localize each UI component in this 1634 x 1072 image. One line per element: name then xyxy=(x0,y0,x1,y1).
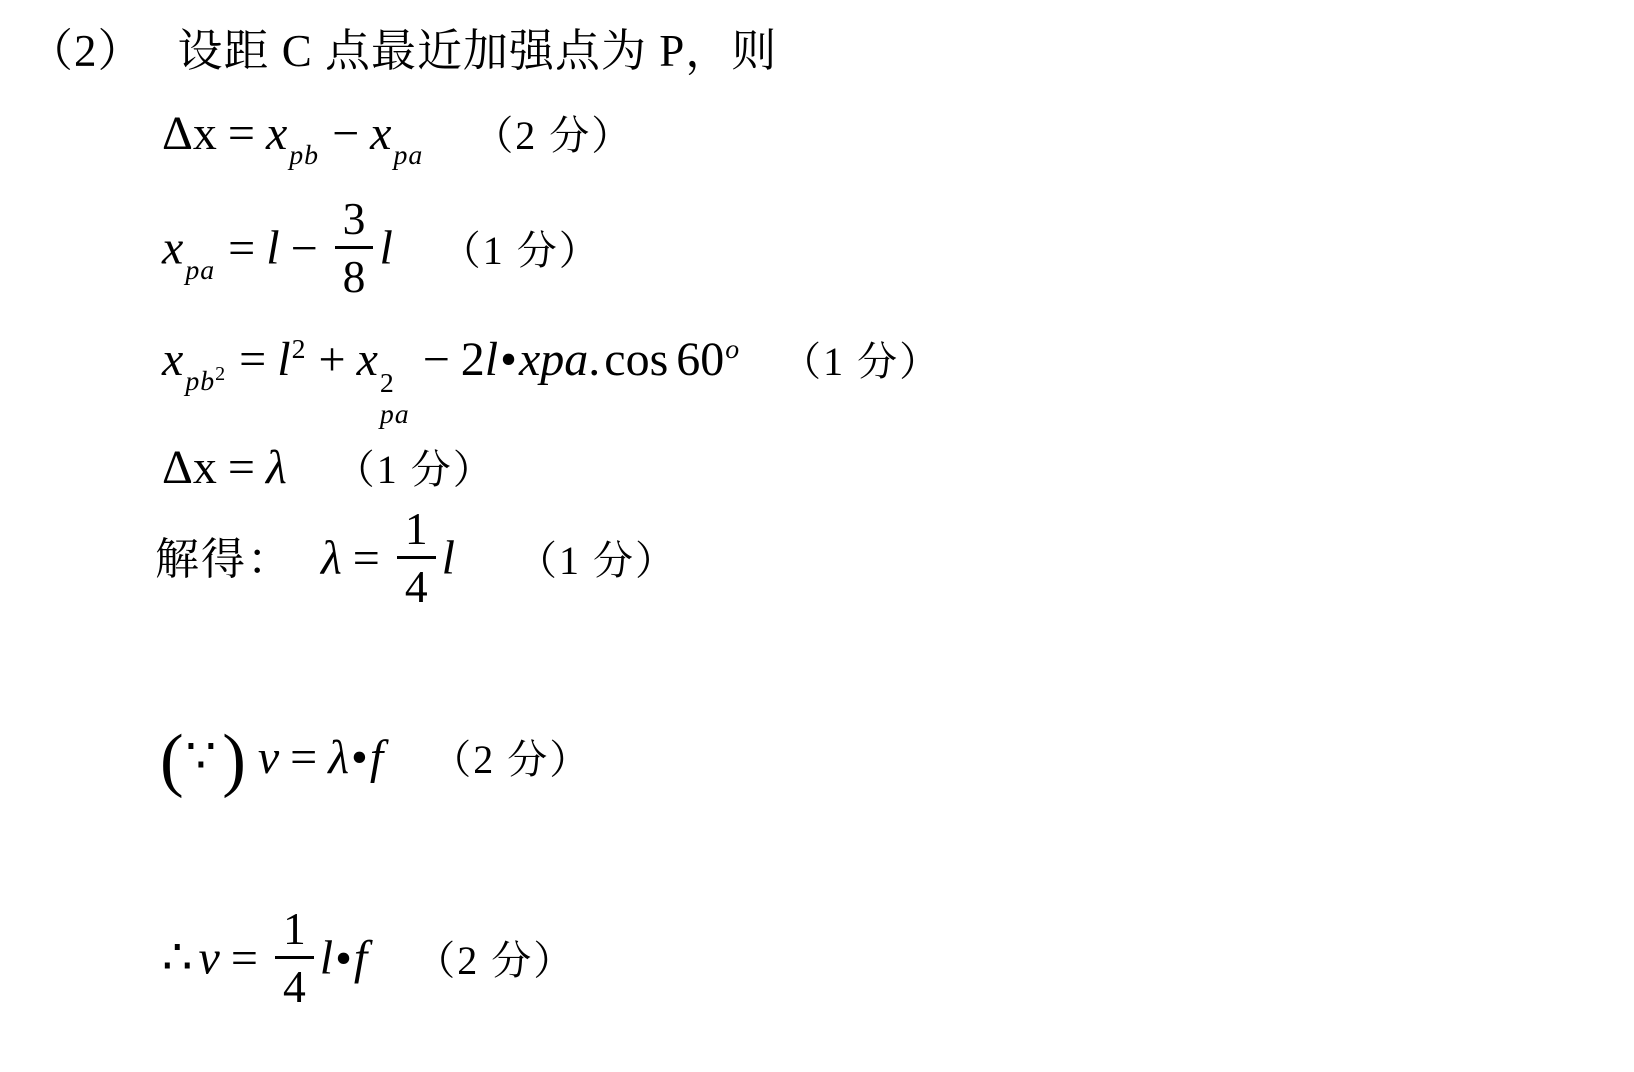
var-l: l xyxy=(485,333,498,386)
bullet-operator: • xyxy=(335,932,352,985)
var-lambda: λ xyxy=(266,441,287,494)
item-number: （2） xyxy=(28,26,144,76)
fraction-numerator: 1 xyxy=(397,503,436,559)
equals-sign: = xyxy=(228,441,255,494)
var-x: x xyxy=(357,333,378,386)
supsub-x2pa: 2pa xyxy=(380,368,410,430)
equals-sign: = xyxy=(353,532,380,585)
degree-superscript: o xyxy=(725,334,739,365)
var-lambda: λ xyxy=(328,731,349,784)
equals-sign: = xyxy=(231,932,258,985)
cos-function: cos xyxy=(604,333,668,386)
formula-because-v: (∵)v=λ•f（2 分） xyxy=(160,728,591,785)
var-l: l xyxy=(379,222,392,275)
document-page: （2）设距 C 点最近加强点为 P，则 Δx=xpb−xpa（2 分） xpa=… xyxy=(0,0,1634,1072)
fraction-three-eighths: 38 xyxy=(335,193,374,302)
therefore-symbol: ∴ xyxy=(162,931,193,984)
var-f: f xyxy=(370,731,383,784)
fraction-denominator: 4 xyxy=(275,959,314,1012)
fraction-numerator: 3 xyxy=(335,193,374,249)
subscript-pa: pa xyxy=(380,399,410,430)
score-badge: （2 分） xyxy=(431,737,591,782)
score-badge: （2 分） xyxy=(415,938,575,983)
score-badge: （1 分） xyxy=(335,447,495,492)
equals-sign: = xyxy=(239,333,266,386)
var-l: l xyxy=(320,932,333,985)
superscript-2: 2 xyxy=(292,334,306,365)
period: . xyxy=(588,333,600,386)
fraction-one-fourth: 14 xyxy=(397,503,436,612)
var-l: l xyxy=(277,333,290,386)
heading-line: （2）设距 C 点最近加强点为 P，则 xyxy=(28,14,777,79)
var-l: l xyxy=(266,222,279,275)
delta-x: Δx xyxy=(162,107,217,160)
formula-dx-equals-lambda: Δx=λ（1 分） xyxy=(162,438,495,495)
heading-text: 设距 C 点最近加强点为 P，则 xyxy=(178,26,778,76)
var-v: v xyxy=(258,731,279,784)
formula-solution-lambda: 解得：λ=14l（1 分） xyxy=(155,508,677,617)
var-x: x xyxy=(162,222,183,275)
plus-sign: + xyxy=(319,333,346,386)
fraction-denominator: 4 xyxy=(397,559,436,612)
fraction-denominator: 8 xyxy=(335,249,374,302)
minus-sign: − xyxy=(423,333,450,386)
minus-sign: − xyxy=(332,107,359,160)
equals-sign: = xyxy=(228,107,255,160)
score-badge: （1 分） xyxy=(441,228,601,273)
var-v: v xyxy=(199,932,220,985)
because-symbol: ∵ xyxy=(186,730,217,783)
subscript-pa: pa xyxy=(393,140,423,171)
subscript-pa: pa xyxy=(185,255,215,286)
var-xpa: xpa xyxy=(519,333,588,386)
open-paren: ( xyxy=(160,721,184,799)
fraction-one-fourth: 14 xyxy=(275,903,314,1012)
fraction-numerator: 1 xyxy=(275,903,314,959)
equals-sign: = xyxy=(228,222,255,275)
formula-xpa: xpa=l−38l（1 分） xyxy=(162,198,601,307)
minus-sign: − xyxy=(291,222,318,275)
formula-xpb-squared: xpb2=l2+x2pa−2l•xpa.cos60o（1 分） xyxy=(162,330,941,431)
inner-superscript-2: 2 xyxy=(215,363,226,385)
var-f: f xyxy=(354,932,367,985)
var-x: x xyxy=(266,107,287,160)
score-badge: （2 分） xyxy=(473,113,633,158)
superscript-2: 2 xyxy=(380,368,394,399)
var-l: l xyxy=(442,532,455,585)
var-lambda: λ xyxy=(321,532,342,585)
subscript-pb-squared: pb2 xyxy=(185,366,226,397)
formula-path-difference: Δx=xpb−xpa（2 分） xyxy=(162,104,633,172)
delta-x: Δx xyxy=(162,441,217,494)
angle-60: 60 xyxy=(676,333,724,386)
score-badge: （1 分） xyxy=(517,538,677,583)
score-badge: （1 分） xyxy=(781,339,941,384)
equals-sign: = xyxy=(290,731,317,784)
solve-label: 解得： xyxy=(155,535,293,584)
var-x: x xyxy=(162,333,183,386)
var-x: x xyxy=(370,107,391,160)
coefficient-2: 2 xyxy=(461,333,485,386)
close-paren: ) xyxy=(222,721,246,799)
bullet-operator: • xyxy=(500,333,517,386)
formula-therefore-v: ∴v=14l•f（2 分） xyxy=(160,908,575,1017)
bullet-operator: • xyxy=(351,731,368,784)
subscript-pb: pb xyxy=(289,140,319,171)
